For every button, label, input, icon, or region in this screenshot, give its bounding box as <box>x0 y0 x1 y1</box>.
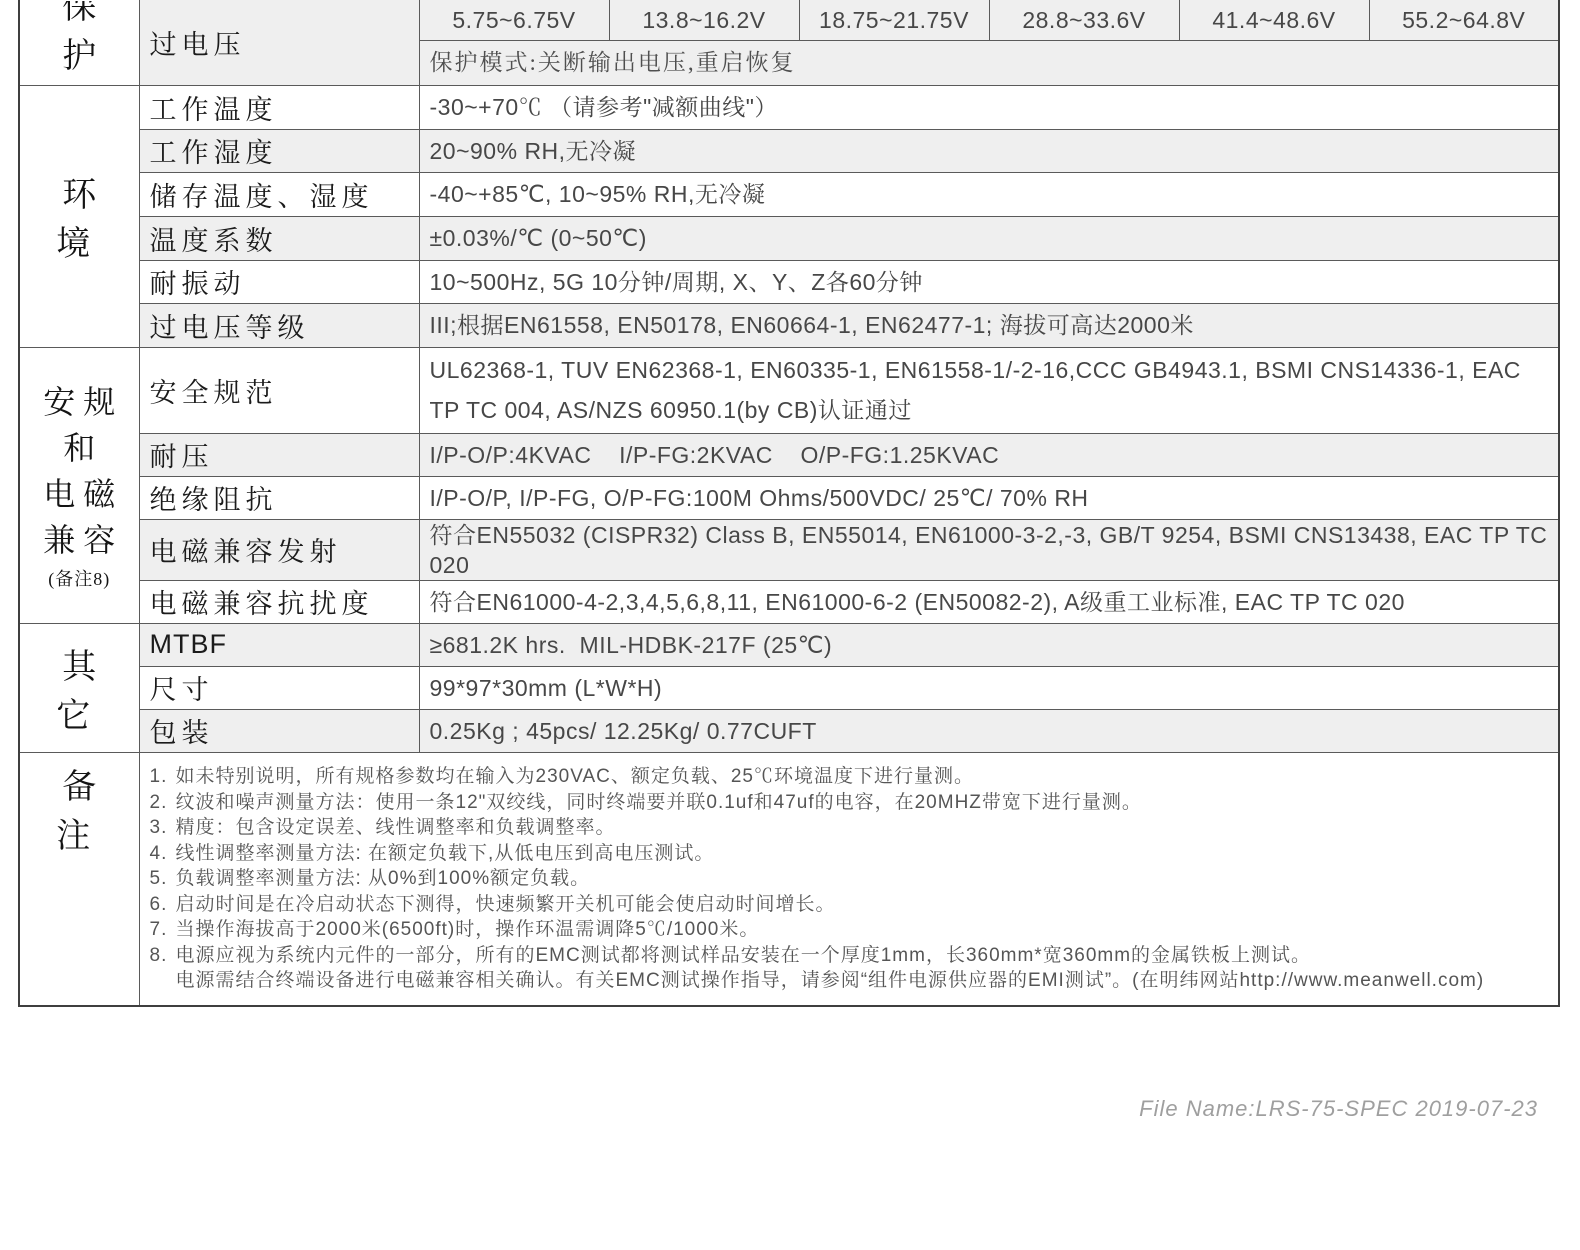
row-label: MTBF <box>139 623 419 666</box>
row-value: III;根据EN61558, EN50178, EN60664-1, EN624… <box>419 303 1559 347</box>
note-item: 电源需结合终端设备进行电磁兼容相关确认。有关EMC测试操作指导，请参阅“组件电源… <box>150 968 1549 994</box>
section-label-line: 兼容 <box>30 517 129 563</box>
spec-table: 保护 过电压 5.75~6.75V 13.8~16.2V 18.75~21.75… <box>18 0 1560 1007</box>
row-label: 工作湿度 <box>139 129 419 172</box>
note-text: 启动时间是在冷启动状态下测得，快速频繁开关机可能会使启动时间增长。 <box>176 892 1549 918</box>
file-name-footer: File Name:LRS-75-SPEC 2019-07-23 <box>0 1096 1538 1122</box>
section-cell-safety-emc: 安规 和 电磁 兼容 (备注8) <box>19 347 139 623</box>
section-label-note: (备注8) <box>30 565 129 591</box>
row-label: 过电压等级 <box>139 303 419 347</box>
note-item: 1.如未特别说明，所有规格参数均在输入为230VAC、额定负载、25℃环境温度下… <box>150 764 1549 790</box>
row-label-overvoltage: 过电压 <box>139 0 419 85</box>
row-value: ±0.03%/℃ (0~50℃) <box>419 216 1559 260</box>
section-label-line: 电磁 <box>30 471 129 517</box>
env-row: 过电压等级 III;根据EN61558, EN50178, EN60664-1,… <box>19 303 1559 347</box>
row-label: 储存温度、湿度 <box>139 172 419 216</box>
row-value: 0.25Kg ; 45pcs/ 12.25Kg/ 0.77CUFT <box>419 709 1559 752</box>
ovp-range-value: 28.8~33.6V <box>989 0 1179 40</box>
safety-row: 耐压 I/P-O/P:4KVAC I/P-FG:2KVAC O/P-FG:1.2… <box>19 433 1559 476</box>
note-number: 2. <box>150 790 176 816</box>
row-value: 符合EN61000-4-2,3,4,5,6,8,11, EN61000-6-2 … <box>419 580 1559 623</box>
note-number: 7. <box>150 917 176 943</box>
note-text: 精度：包含设定误差、线性调整率和负载调整率。 <box>176 815 1549 841</box>
note-item: 4.线性调整率测量方法: 在额定负载下,从低电压到高电压测试。 <box>150 841 1549 867</box>
note-number <box>150 968 176 994</box>
safety-row: 绝缘阻抗 I/P-O/P, I/P-FG, O/P-FG:100M Ohms/5… <box>19 476 1559 519</box>
row-value: I/P-O/P, I/P-FG, O/P-FG:100M Ohms/500VDC… <box>419 476 1559 519</box>
ovp-values-row: 保护 过电压 5.75~6.75V 13.8~16.2V 18.75~21.75… <box>19 0 1559 40</box>
row-value: -30~+70℃ （请参考"减额曲线"） <box>419 85 1559 129</box>
safety-row: 电磁兼容抗扰度 符合EN61000-4-2,3,4,5,6,8,11, EN61… <box>19 580 1559 623</box>
section-label-notes: 备注 <box>50 769 108 855</box>
others-row: 包装 0.25Kg ; 45pcs/ 12.25Kg/ 0.77CUFT <box>19 709 1559 752</box>
row-label: 安全规范 <box>139 347 419 433</box>
row-value: -40~+85℃, 10~95% RH,无冷凝 <box>419 172 1559 216</box>
section-label-protection: 保护 <box>30 1 129 77</box>
note-item: 6.启动时间是在冷启动状态下测得，快速频繁开关机可能会使启动时间增长。 <box>150 892 1549 918</box>
note-item: 5.负载调整率测量方法: 从0%到100%额定负载。 <box>150 866 1549 892</box>
row-label: 工作温度 <box>139 85 419 129</box>
protection-label-clip: 保护 <box>30 1 129 84</box>
row-value: 20~90% RH,无冷凝 <box>419 129 1559 172</box>
others-row: 尺寸 99*97*30mm (L*W*H) <box>19 666 1559 709</box>
note-text: 电源需结合终端设备进行电磁兼容相关确认。有关EMC测试操作指导，请参阅“组件电源… <box>176 968 1549 994</box>
note-number: 1. <box>150 764 176 790</box>
section-label-others: 其它 <box>50 649 108 735</box>
section-cell-notes: 备注 <box>19 752 139 1006</box>
row-label: 耐振动 <box>139 260 419 303</box>
section-cell-environment: 环境 <box>19 85 139 347</box>
note-text: 线性调整率测量方法: 在额定负载下,从低电压到高电压测试。 <box>176 841 1549 867</box>
note-text: 当操作海拔高于2000米(6500ft)时，操作环温需调降5℃/1000米。 <box>176 917 1549 943</box>
section-label-line: 安规 <box>30 379 129 425</box>
env-row: 温度系数 ±0.03%/℃ (0~50℃) <box>19 216 1559 260</box>
section-cell-others: 其它 <box>19 623 139 752</box>
others-row: 其它 MTBF ≥681.2K hrs. MIL-HDBK-217F (25℃) <box>19 623 1559 666</box>
ovp-range-value: 13.8~16.2V <box>609 0 799 40</box>
row-label: 电磁兼容发射 <box>139 519 419 580</box>
notes-list: 1.如未特别说明，所有规格参数均在输入为230VAC、额定负载、25℃环境温度下… <box>139 752 1559 1006</box>
note-item: 8.电源应视为系统内元件的一部分，所有的EMC测试都将测试样品安装在一个厚度1m… <box>150 943 1549 969</box>
row-value: 符合EN55032 (CISPR32) Class B, EN55014, EN… <box>419 519 1559 580</box>
note-number: 6. <box>150 892 176 918</box>
note-text: 如未特别说明，所有规格参数均在输入为230VAC、额定负载、25℃环境温度下进行… <box>176 764 1549 790</box>
row-label: 绝缘阻抗 <box>139 476 419 519</box>
note-text: 电源应视为系统内元件的一部分，所有的EMC测试都将测试样品安装在一个厚度1mm，… <box>176 943 1549 969</box>
env-row: 耐振动 10~500Hz, 5G 10分钟/周期, X、Y、Z各60分钟 <box>19 260 1559 303</box>
note-number: 4. <box>150 841 176 867</box>
ovp-range-value: 5.75~6.75V <box>419 0 609 40</box>
datasheet-page: 保护 过电压 5.75~6.75V 13.8~16.2V 18.75~21.75… <box>0 0 1580 1250</box>
note-item: 2.纹波和噪声测量方法：使用一条12"双绞线，同时终端要并联0.1uf和47uf… <box>150 790 1549 816</box>
note-number: 3. <box>150 815 176 841</box>
ovp-range-value: 41.4~48.6V <box>1179 0 1369 40</box>
env-row: 环境 工作温度 -30~+70℃ （请参考"减额曲线"） <box>19 85 1559 129</box>
env-row: 工作湿度 20~90% RH,无冷凝 <box>19 129 1559 172</box>
row-label: 温度系数 <box>139 216 419 260</box>
env-row: 储存温度、湿度 -40~+85℃, 10~95% RH,无冷凝 <box>19 172 1559 216</box>
note-text: 纹波和噪声测量方法：使用一条12"双绞线，同时终端要并联0.1uf和47uf的电… <box>176 790 1549 816</box>
note-number: 5. <box>150 866 176 892</box>
section-cell-protection: 保护 <box>19 0 139 85</box>
ovp-range-value: 18.75~21.75V <box>799 0 989 40</box>
row-value: 10~500Hz, 5G 10分钟/周期, X、Y、Z各60分钟 <box>419 260 1559 303</box>
row-label: 尺寸 <box>139 666 419 709</box>
row-label: 耐压 <box>139 433 419 476</box>
section-label-environment: 环境 <box>50 177 108 263</box>
row-value: UL62368-1, TUV EN62368-1, EN60335-1, EN6… <box>419 347 1559 433</box>
section-label-line: 和 <box>30 425 129 471</box>
safety-row: 电磁兼容发射 符合EN55032 (CISPR32) Class B, EN55… <box>19 519 1559 580</box>
protection-mode-value: 保护模式:关断输出电压,重启恢复 <box>419 40 1559 85</box>
notes-row: 备注 1.如未特别说明，所有规格参数均在输入为230VAC、额定负载、25℃环境… <box>19 752 1559 1006</box>
note-item: 3.精度：包含设定误差、线性调整率和负载调整率。 <box>150 815 1549 841</box>
note-text: 负载调整率测量方法: 从0%到100%额定负载。 <box>176 866 1549 892</box>
note-number: 8. <box>150 943 176 969</box>
row-value: 99*97*30mm (L*W*H) <box>419 666 1559 709</box>
row-value: ≥681.2K hrs. MIL-HDBK-217F (25℃) <box>419 623 1559 666</box>
safety-row: 安规 和 电磁 兼容 (备注8) 安全规范 UL62368-1, TUV EN6… <box>19 347 1559 433</box>
note-item: 7.当操作海拔高于2000米(6500ft)时，操作环温需调降5℃/1000米。 <box>150 917 1549 943</box>
safety-emc-label: 安规 和 电磁 兼容 (备注8) <box>30 379 129 591</box>
row-value: I/P-O/P:4KVAC I/P-FG:2KVAC O/P-FG:1.25KV… <box>419 433 1559 476</box>
ovp-range-value: 55.2~64.8V <box>1369 0 1559 40</box>
row-label: 电磁兼容抗扰度 <box>139 580 419 623</box>
row-label: 包装 <box>139 709 419 752</box>
